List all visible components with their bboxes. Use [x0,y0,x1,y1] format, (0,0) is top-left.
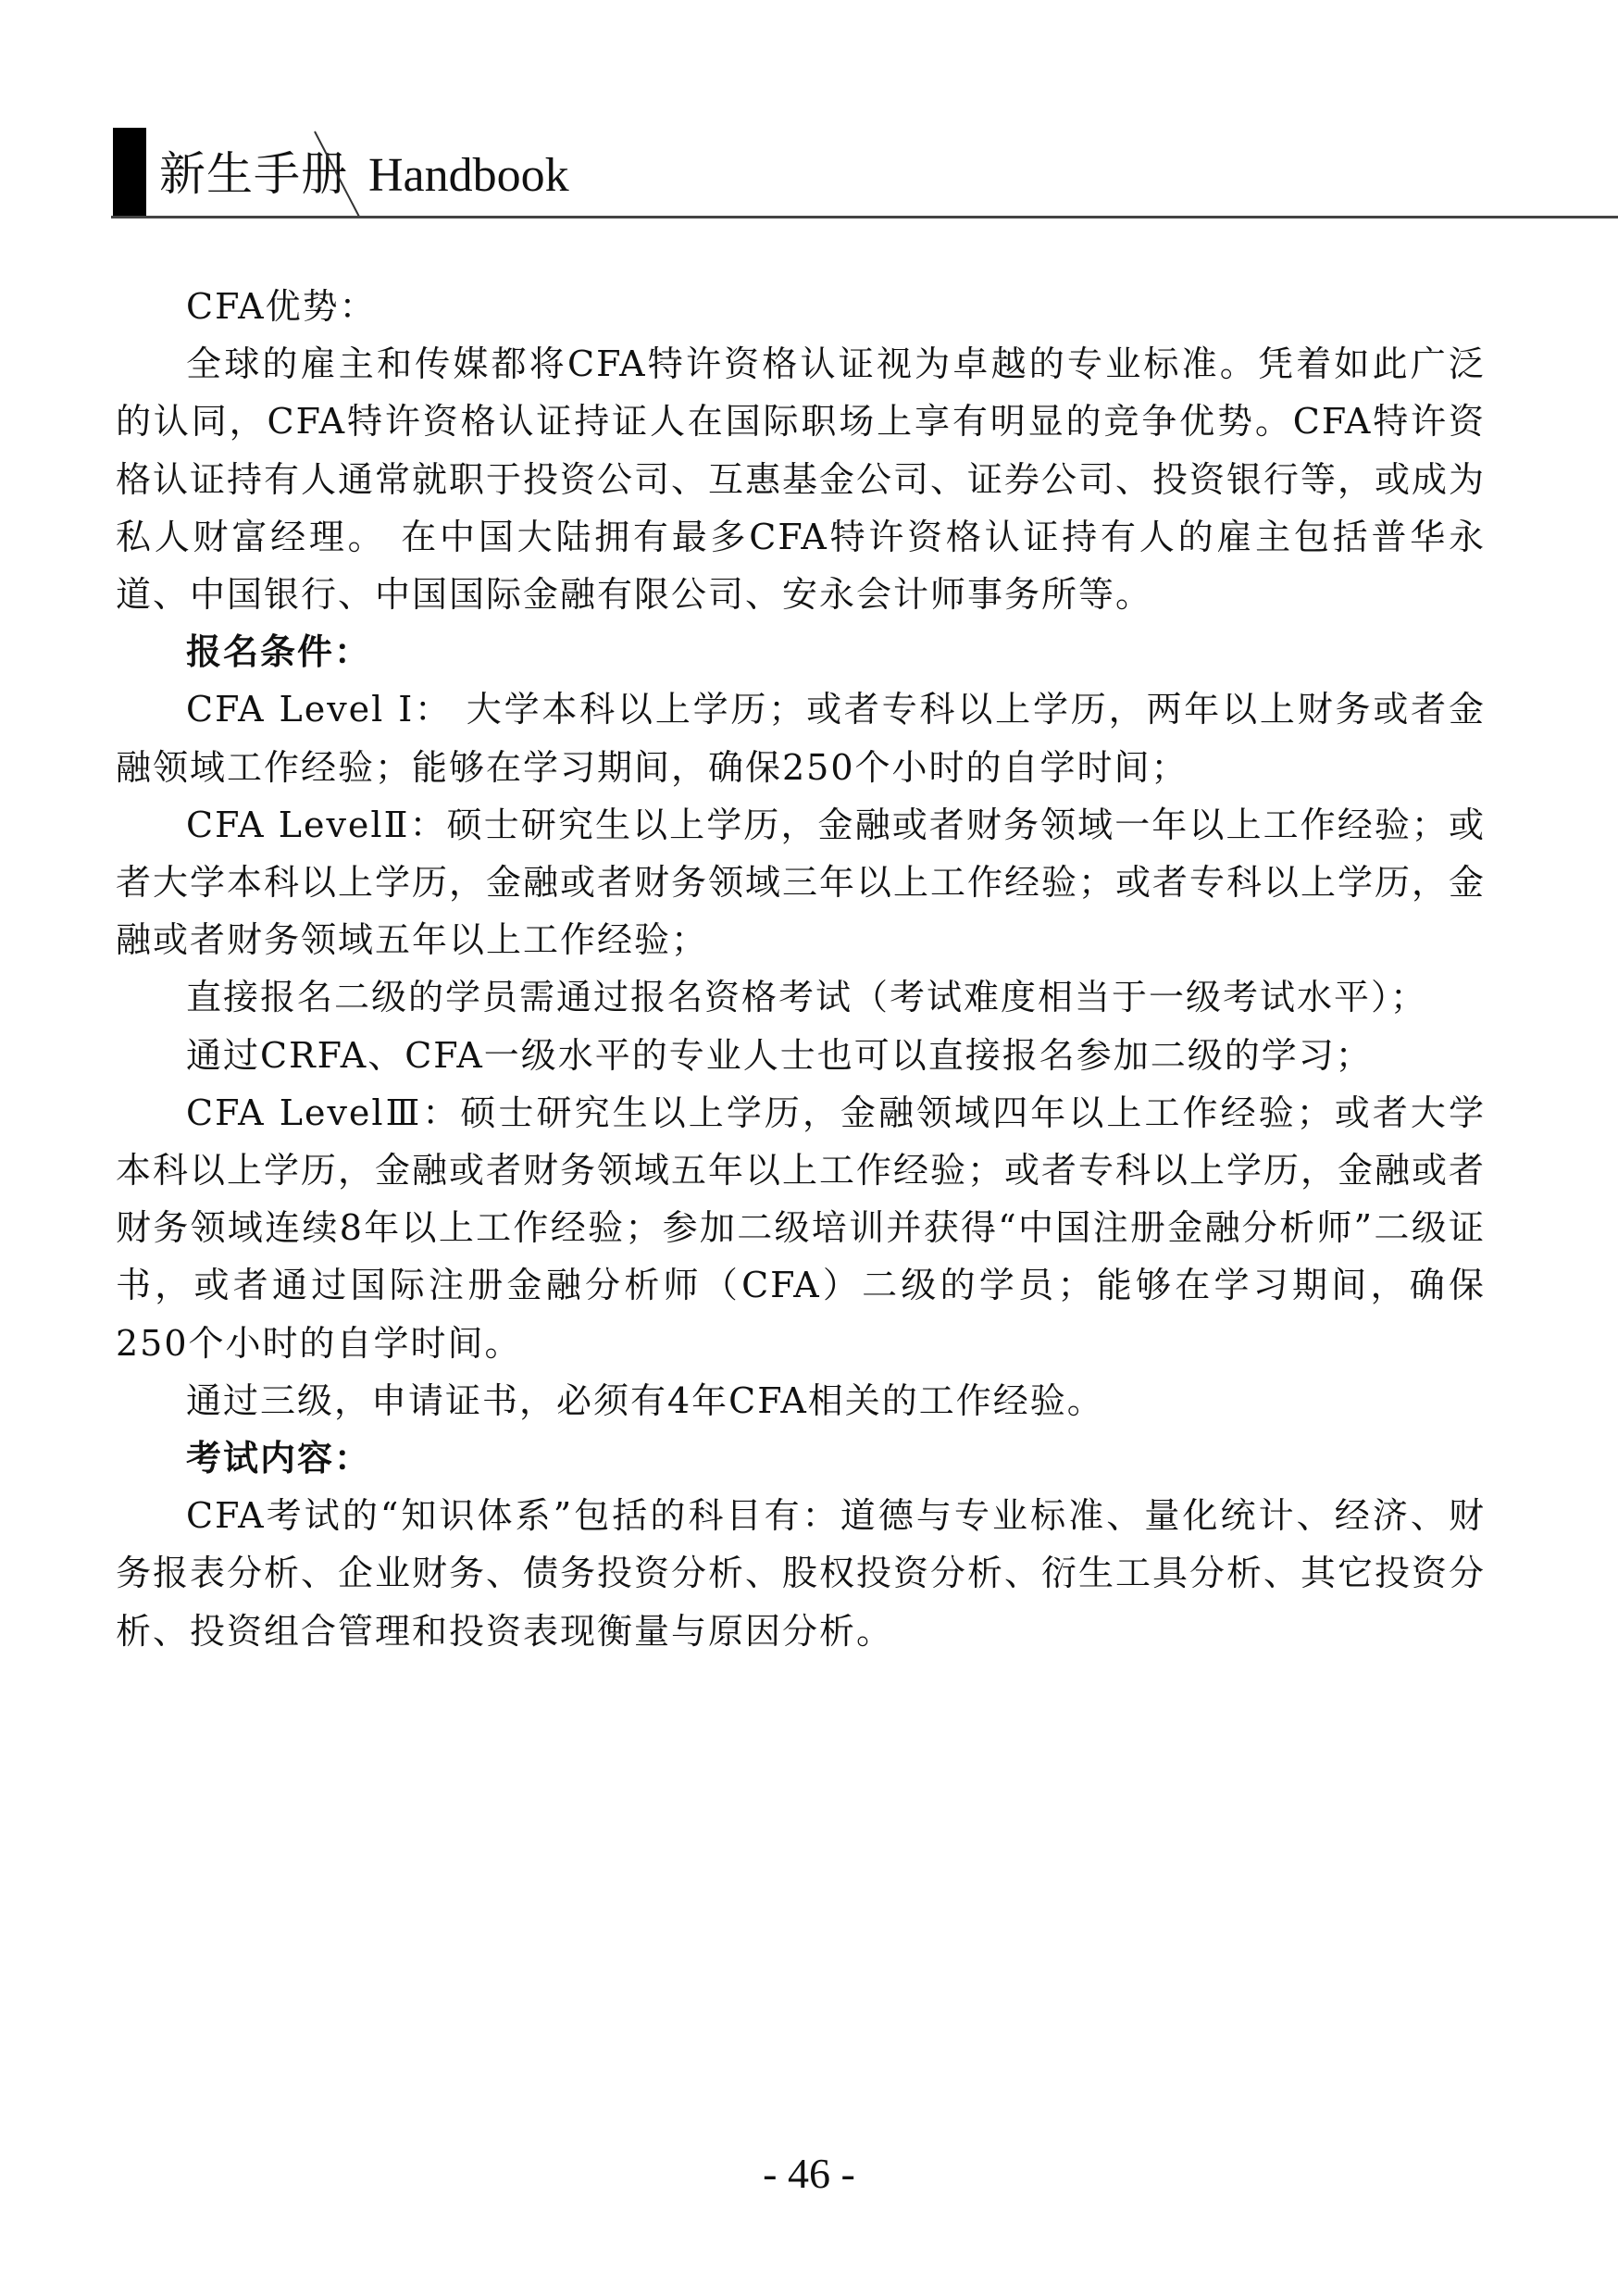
paragraph-level-2-direct-entry: 直接报名二级的学员需通过报名资格考试（考试难度相当于一级考试水平）； [116,968,1486,1026]
section-heading-exam-content: 考试内容： [116,1429,1486,1487]
header-black-bar-icon [113,128,146,218]
section-heading-cfa-advantages: CFA优势： [116,278,1486,335]
page-body: CFA优势： 全球的雇主和传媒都将CFA特许资格认证视为卓越的专业标准。凭着如此… [116,278,1486,1660]
header-rule-divider [111,216,1618,218]
paragraph-level-2-requirements: CFA LevelⅡ：硕士研究生以上学历，金融或者财务领域一年以上工作经验；或者… [116,796,1486,969]
paragraph-level-3-requirements: CFA LevelⅢ：硕士研究生以上学历，金融领域四年以上工作经验；或者大学本科… [116,1084,1486,1372]
paragraph-exam-subjects: CFA考试的“知识体系”包括的科目有：道德与专业标准、量化统计、经济、财务报表分… [116,1487,1486,1660]
page-number: - 46 - [0,2146,1618,2202]
paragraph-cfa-advantages: 全球的雇主和传媒都将CFA特许资格认证视为卓越的专业标准。凭着如此广泛的认同，C… [116,335,1486,623]
paragraph-level-2-crfa-entry: 通过CRFA、CFA一级水平的专业人士也可以直接报名参加二级的学习； [116,1027,1486,1084]
paragraph-certificate-requirement: 通过三级，申请证书，必须有4年CFA相关的工作经验。 [116,1372,1486,1429]
paragraph-level-1-requirements: CFA Level Ⅰ： 大学本科以上学历；或者专科以上学历，两年以上财务或者金… [116,680,1486,795]
page-header: 新生手册 Handbook [0,0,1618,222]
section-heading-registration-requirements: 报名条件： [116,623,1486,680]
header-divider-slash-icon [313,130,368,218]
header-title-english: Handbook [368,148,569,204]
